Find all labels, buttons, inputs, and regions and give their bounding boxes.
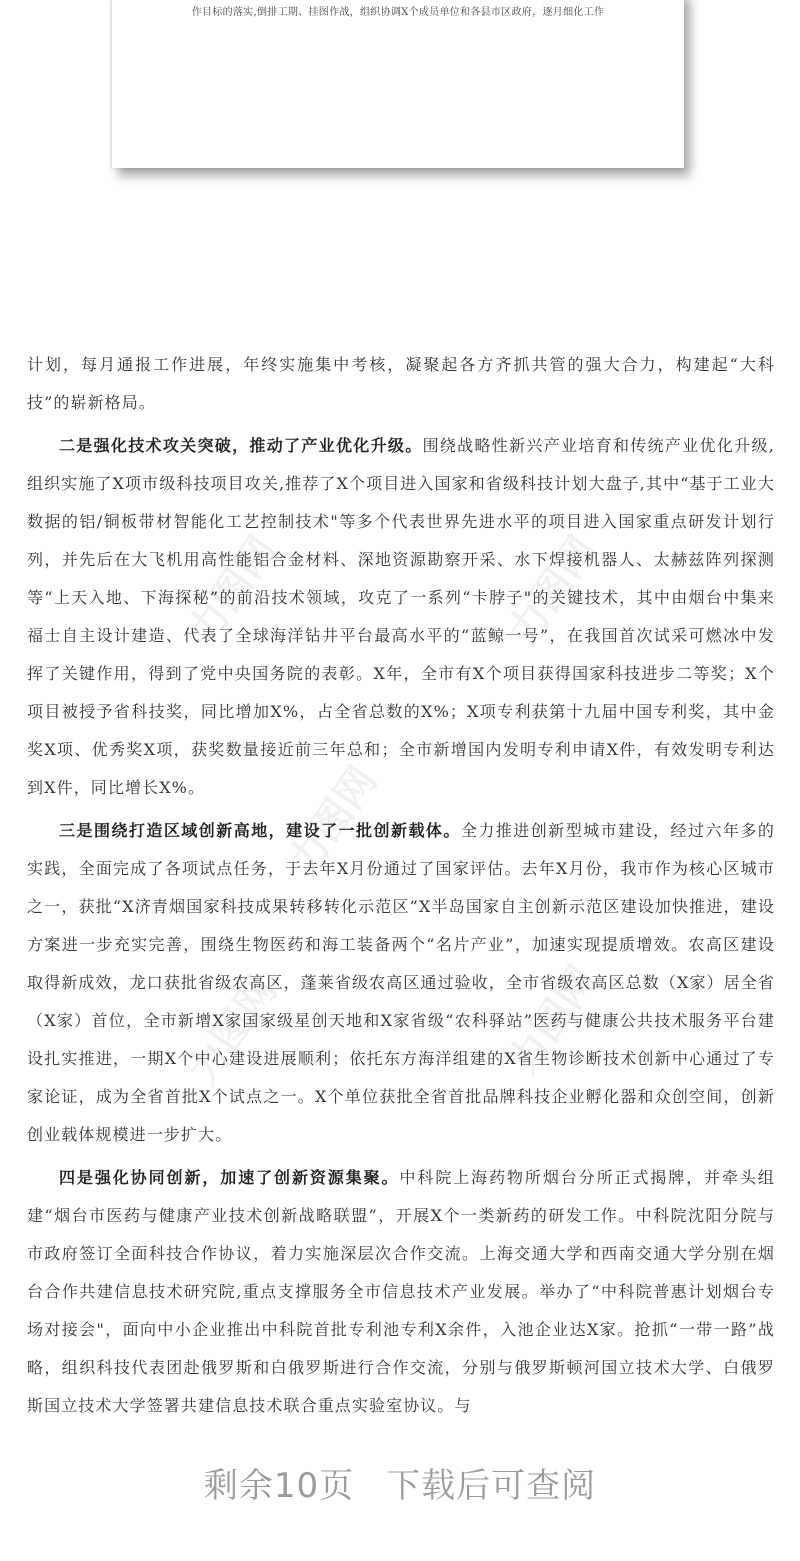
preview-text: 作目标的落实,倒排工期、挂图作战，组织协调X个成员单位和各县市区政府，逐月细化工…	[112, 3, 684, 18]
paragraph-continuation: 计划，每月通报工作进展，年终实施集中考核，凝聚起各方齐抓共管的强大合力，构建起“…	[27, 346, 775, 422]
paragraph-text: 计划，每月通报工作进展，年终实施集中考核，凝聚起各方齐抓共管的强大合力，构建起“…	[27, 355, 775, 412]
paragraph-text: 全力推进创新型城市建设，经过六年多的实践，全面完成了各项试点任务，于去年X月份通…	[27, 821, 775, 1144]
paragraph-lead: 三是围绕打造区域创新高地，建设了一批创新载体。	[59, 821, 461, 840]
paragraph-2: 二是强化技术攻关突破，推动了产业优化升级。围绕战略性新兴产业培育和传统产业优化升…	[27, 427, 775, 807]
download-action-label[interactable]: 下载后可查阅	[386, 1466, 596, 1506]
paragraph-4: 四是强化协同创新，加速了创新资源集聚。中科院上海药物所烟台分所正式揭牌，并牵头组…	[27, 1159, 775, 1425]
paragraph-lead: 四是强化协同创新，加速了创新资源集聚。	[59, 1168, 399, 1187]
paragraph-text: 中科院上海药物所烟台分所正式揭牌，并牵头组建“烟台市医药与健康产业技术创新战略联…	[27, 1168, 775, 1415]
paragraph-lead: 二是强化技术攻关突破，推动了产业优化升级。	[59, 436, 423, 455]
remaining-pages-label: 剩余10页	[204, 1466, 354, 1506]
paragraph-3: 三是围绕打造区域创新高地，建设了一批创新载体。全力推进创新型城市建设，经过六年多…	[27, 812, 775, 1154]
download-to-read-more-banner[interactable]: 剩余10页下载后可查阅	[0, 1458, 800, 1507]
paragraph-text: 围绕战略性新兴产业培育和传统产业优化升级,组织实施了X项市级科技项目攻关,推荐了…	[27, 436, 775, 797]
document-page-preview: 作目标的落实,倒排工期、挂图作战，组织协调X个成员单位和各县市区政府，逐月细化工…	[112, 0, 684, 168]
document-body: 计划，每月通报工作进展，年终实施集中考核，凝聚起各方齐抓共管的强大合力，构建起“…	[27, 346, 775, 1430]
